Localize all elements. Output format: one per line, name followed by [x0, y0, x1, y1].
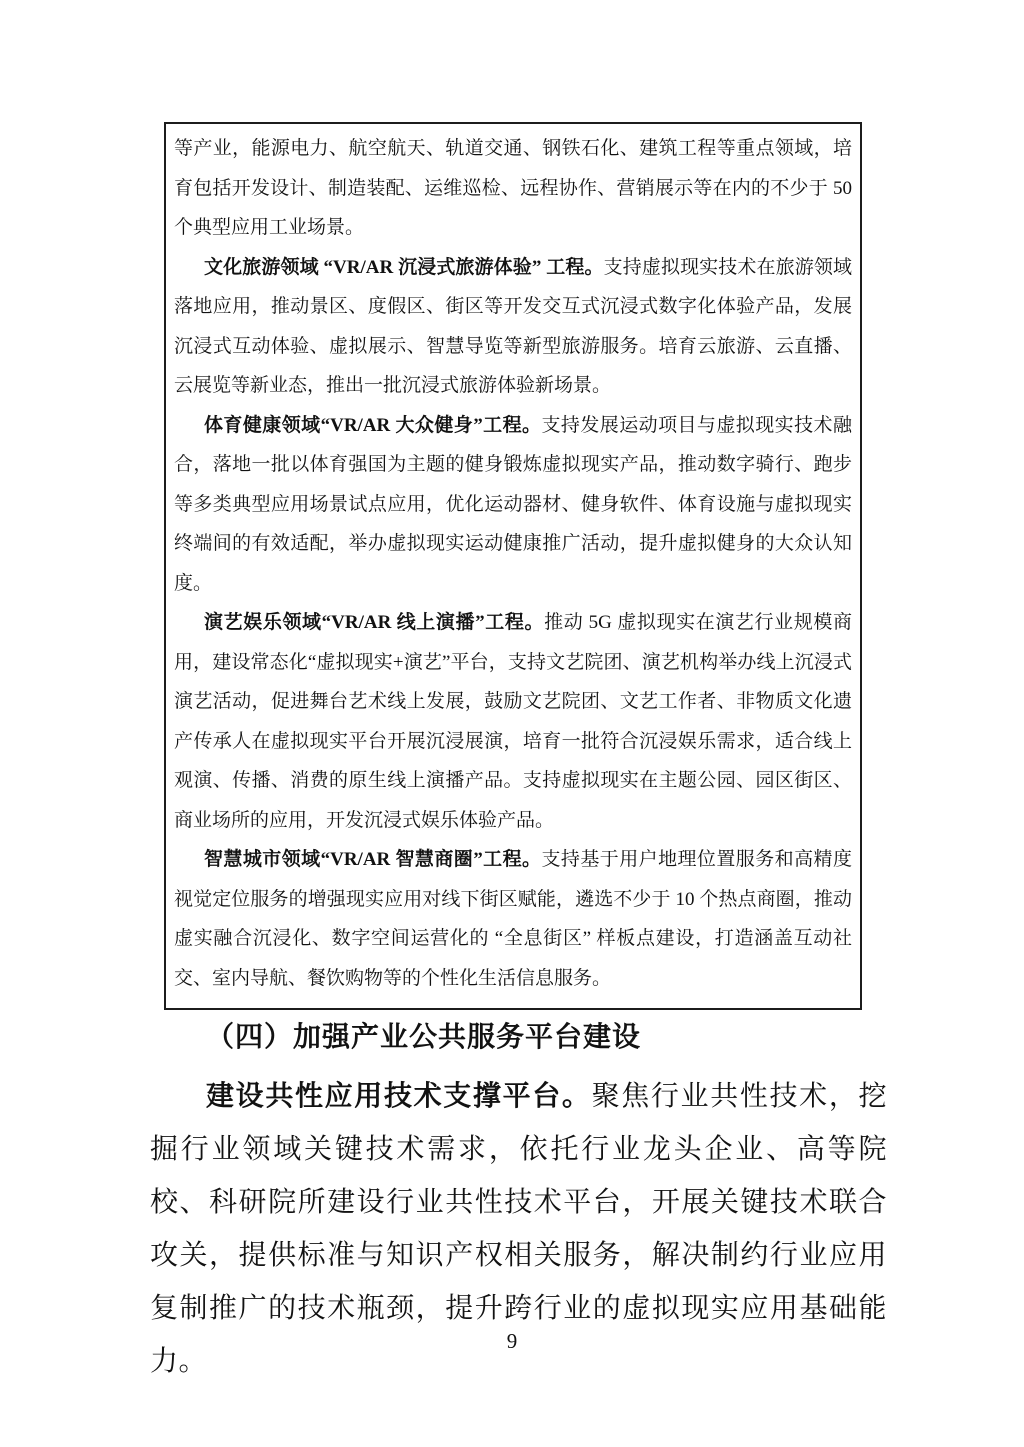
paragraph-body: 等产业，能源电力、航空航天、轨道交通、钢铁石化、建筑工程等重点领域，培育包括开发… — [174, 138, 852, 238]
box-paragraph-performing-arts: 演艺娱乐领域“VR/AR 线上演播”工程。推动 5G 虚拟现实在演艺行业规模商用… — [174, 603, 852, 840]
excerpt-box: 等产业，能源电力、航空航天、轨道交通、钢铁石化、建筑工程等重点领域，培育包括开发… — [164, 122, 862, 1010]
box-paragraph-smart-city: 智慧城市领域“VR/AR 智慧商圈”工程。支持基于用户地理位置服务和高精度视觉定… — [174, 840, 852, 998]
box-paragraph-sports-health: 体育健康领域“VR/AR 大众健身”工程。支持发展运动项目与虚拟现实技术融合，落… — [174, 406, 852, 604]
paragraph-lead: 智慧城市领域“VR/AR 智慧商圈”工程。 — [204, 849, 541, 870]
section-heading: （四）加强产业公共服务平台建设 — [150, 1014, 887, 1062]
paragraph-lead: 文化旅游领域 “VR/AR 沉浸式旅游体验” 工程。 — [204, 257, 604, 278]
document-page: 等产业，能源电力、航空航天、轨道交通、钢铁石化、建筑工程等重点领域，培育包括开发… — [0, 0, 1024, 1447]
paragraph-body: 支持发展运动项目与虚拟现实技术融合，落地一批以体育强国为主题的健身锻炼虚拟现实产… — [174, 415, 852, 594]
paragraph-body: 推动 5G 虚拟现实在演艺行业规模商用，建设常态化“虚拟现实+演艺”平台，支持文… — [174, 612, 852, 831]
paragraph-lead: 演艺娱乐领域“VR/AR 线上演播”工程。 — [204, 612, 544, 633]
box-paragraph-culture-tourism: 文化旅游领域 “VR/AR 沉浸式旅游体验” 工程。支持虚拟现实技术在旅游领域落… — [174, 248, 852, 406]
page-number: 9 — [0, 1328, 1024, 1354]
paragraph-lead: 建设共性应用技术支撑平台。 — [206, 1081, 592, 1112]
paragraph-lead: 体育健康领域“VR/AR 大众健身”工程。 — [204, 415, 541, 436]
box-paragraph-industry: 等产业，能源电力、航空航天、轨道交通、钢铁石化、建筑工程等重点领域，培育包括开发… — [174, 129, 852, 248]
